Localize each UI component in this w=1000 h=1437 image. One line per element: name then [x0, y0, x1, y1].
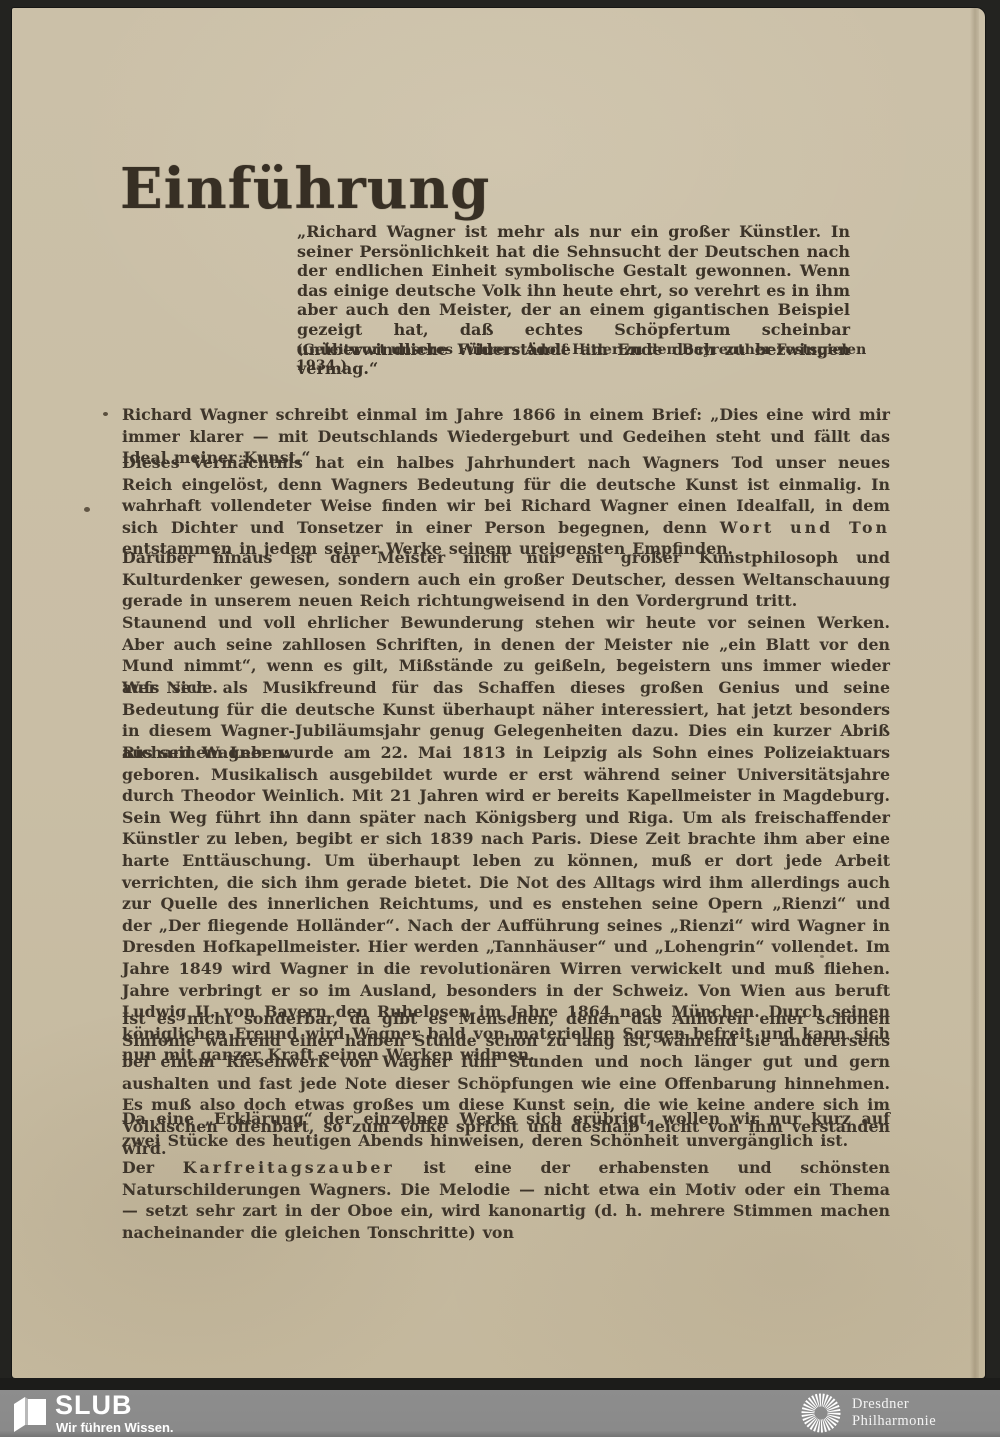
page-title: Einführung	[120, 156, 490, 222]
footer-divider	[0, 1378, 1000, 1390]
paragraph-lead: Richard Wagner	[122, 405, 267, 424]
margin-mark	[84, 507, 90, 512]
paragraph-text: Der	[122, 1158, 183, 1177]
dresdner-philharmonie-logo: Dresdner Philharmonie	[800, 1390, 990, 1437]
paragraph: Darüber hinaus ist der Meister nicht nur…	[122, 547, 890, 612]
slub-tagline: Wir führen Wissen.	[56, 1420, 174, 1435]
emphasized-text: Karfreitagszauber	[183, 1158, 395, 1177]
philharmonie-line1: Dresdner	[852, 1396, 936, 1413]
epigraph-attribution: (Geleitwort unseres Führers Adolf Hitler…	[296, 342, 876, 374]
paragraph: Da eine „Erklärung“ der einzelnen Werke …	[122, 1108, 890, 1151]
paragraph: Dieses Vermächtnis hat ein halbes Jahrhu…	[122, 452, 890, 560]
starburst-icon	[800, 1392, 842, 1434]
emphasized-text: Wort und Ton	[720, 518, 890, 537]
slub-wordmark: SLUB	[55, 1390, 133, 1421]
slub-book-icon	[13, 1395, 47, 1433]
philharmonie-wordmark: Dresdner Philharmonie	[852, 1396, 936, 1430]
margin-mark	[103, 412, 108, 416]
paragraph: Der Karfreitagszauber ist eine der erhab…	[122, 1157, 890, 1243]
page-fold-shadow	[970, 8, 979, 1378]
digitization-footer: SLUB Wir führen Wissen. Dresdner Philhar…	[0, 1390, 1000, 1437]
scanned-document-viewer: Einführung „Richard Wagner ist mehr als …	[0, 0, 1000, 1437]
philharmonie-line2: Philharmonie	[852, 1413, 936, 1430]
